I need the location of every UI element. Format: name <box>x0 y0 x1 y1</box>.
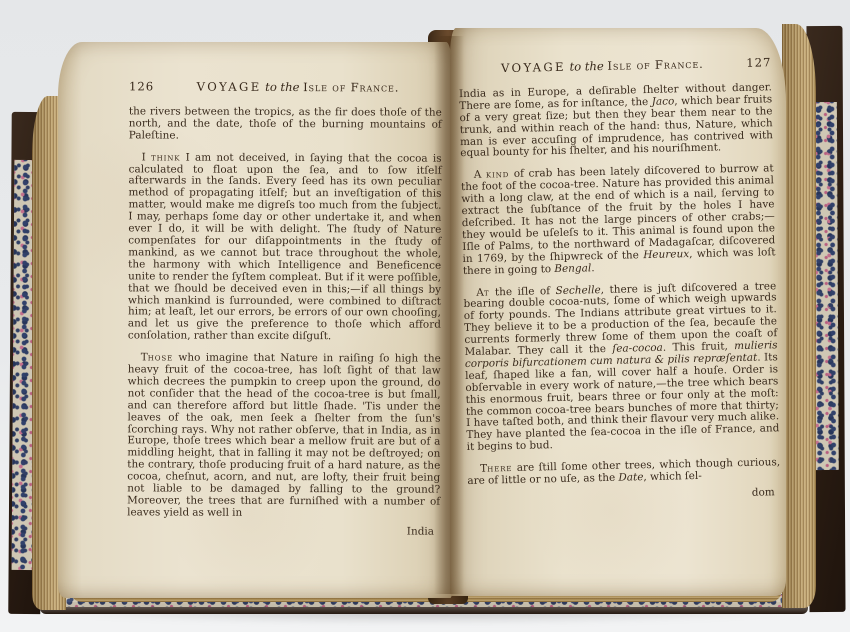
paragraph: India as in Europe, a deſirable ſhelter … <box>459 82 773 160</box>
left-catchword: India <box>127 525 440 538</box>
left-page-header: 126 VOYAGE to the Isle of France. <box>129 81 442 94</box>
right-page-header: VOYAGE to the Isle of France. 127 <box>458 57 771 76</box>
right-running-title: VOYAGE to the Isle of France. <box>458 58 746 76</box>
paragraph: There are ſtill ſome other trees, which … <box>467 457 780 488</box>
left-running-title: VOYAGE to the Isle of France. <box>154 81 442 94</box>
paragraph: Those who imagine that Nature in raiſing… <box>127 352 441 520</box>
paragraph: A kind of crab has been lately diſcovere… <box>461 164 776 278</box>
book-photograph: 126 VOYAGE to the Isle of France. the ri… <box>0 0 850 632</box>
right-page-number: 127 <box>746 57 771 69</box>
right-page-edges <box>782 24 816 608</box>
paragraph: At the iſle of Sechelle, there is juſt d… <box>463 281 780 454</box>
left-page-number: 126 <box>129 81 154 93</box>
right-page-text: VOYAGE to the Isle of France. 127 India … <box>458 57 781 506</box>
left-page-text: 126 VOYAGE to the Isle of France. the ri… <box>127 81 442 538</box>
paragraph: the rivers between the tropics, as the f… <box>129 106 442 143</box>
paragraph: I think I am not deceived, in ſaying tha… <box>128 152 442 344</box>
